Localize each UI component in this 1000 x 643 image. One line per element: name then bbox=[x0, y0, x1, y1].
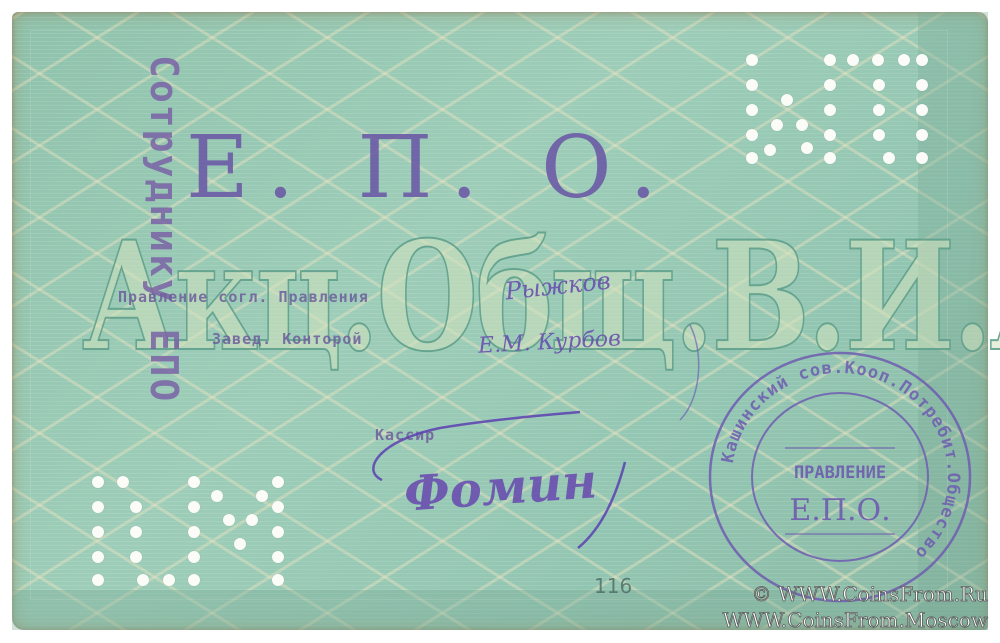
perforation-hole bbox=[781, 94, 793, 106]
perforation-hole bbox=[256, 490, 268, 502]
perforation-hole bbox=[188, 501, 200, 513]
perforation-hole bbox=[272, 574, 284, 586]
stamp-line-office: Завед. Конторой bbox=[212, 330, 362, 348]
stamp-line-board: Правление согл. Правления bbox=[118, 288, 369, 306]
perforation-hole bbox=[916, 104, 928, 116]
perforation-hole bbox=[117, 476, 129, 488]
perforation-hole bbox=[188, 574, 200, 586]
perforation-hole bbox=[92, 526, 104, 538]
perforation-hole bbox=[272, 501, 284, 513]
perforation-hole bbox=[130, 551, 142, 563]
perforation-hole bbox=[746, 79, 758, 91]
perforation-hole bbox=[234, 538, 246, 550]
perforation-hole bbox=[873, 79, 885, 91]
perforation-hole bbox=[771, 119, 783, 131]
perforation-hole bbox=[916, 54, 928, 66]
perforation-hole bbox=[188, 526, 200, 538]
perforation-hole bbox=[796, 119, 808, 131]
perforation-hole bbox=[746, 129, 758, 141]
perforation-hole bbox=[272, 551, 284, 563]
perforation-hole bbox=[824, 129, 836, 141]
watermark-line-2: WWW.CoinsFrom.Moscow bbox=[723, 608, 988, 632]
official-round-stamp: Кашинский сов.Кооп.Потребит.Общество ПРА… bbox=[705, 348, 975, 606]
perforation-hole bbox=[873, 104, 885, 116]
perforation-hole bbox=[188, 476, 200, 488]
perforation-hole bbox=[223, 514, 235, 526]
cashier-label: Кассир bbox=[375, 426, 435, 444]
perforation-hole bbox=[746, 54, 758, 66]
perforation-hole bbox=[130, 526, 142, 538]
perforation-hole bbox=[746, 104, 758, 116]
perforation-hole bbox=[746, 152, 758, 164]
perforation-hole bbox=[824, 104, 836, 116]
watermark-line-1: © WWW.CoinsFrom.Ru bbox=[751, 582, 988, 606]
perforation-hole bbox=[188, 551, 200, 563]
perforation-hole bbox=[824, 54, 836, 66]
stamp-center-label: ПРАВЛЕНИЕ bbox=[794, 463, 886, 483]
perforation-hole bbox=[883, 152, 895, 164]
perforation-hole bbox=[272, 476, 284, 488]
perforation-hole bbox=[916, 129, 928, 141]
perforation-hole bbox=[137, 574, 149, 586]
perforation-hole bbox=[92, 476, 104, 488]
perforation-hole bbox=[272, 526, 284, 538]
perforation-hole bbox=[824, 79, 836, 91]
perforation-hole bbox=[872, 54, 884, 66]
perforation-hole bbox=[898, 54, 910, 66]
perforation-hole bbox=[824, 152, 836, 164]
perforation-hole bbox=[92, 501, 104, 513]
perforation-hole bbox=[130, 501, 142, 513]
perforation-hole bbox=[801, 142, 813, 154]
perforation-hole bbox=[163, 574, 175, 586]
perforation-hole bbox=[873, 129, 885, 141]
serial-number: 116 bbox=[594, 574, 632, 598]
perforation-hole bbox=[246, 514, 258, 526]
perforation-hole bbox=[92, 551, 104, 563]
note-title: Е. П. О. bbox=[186, 118, 675, 218]
perforation-hole bbox=[916, 152, 928, 164]
perforation-hole bbox=[211, 490, 223, 502]
perforation-hole bbox=[847, 54, 859, 66]
vertical-stamp-text: Сотруднику ЕПО bbox=[142, 55, 186, 403]
perforation-hole bbox=[92, 574, 104, 586]
stamp-center-sub: Е.П.О. bbox=[789, 493, 890, 528]
perforation-hole bbox=[764, 144, 776, 156]
perforation-hole bbox=[916, 79, 928, 91]
